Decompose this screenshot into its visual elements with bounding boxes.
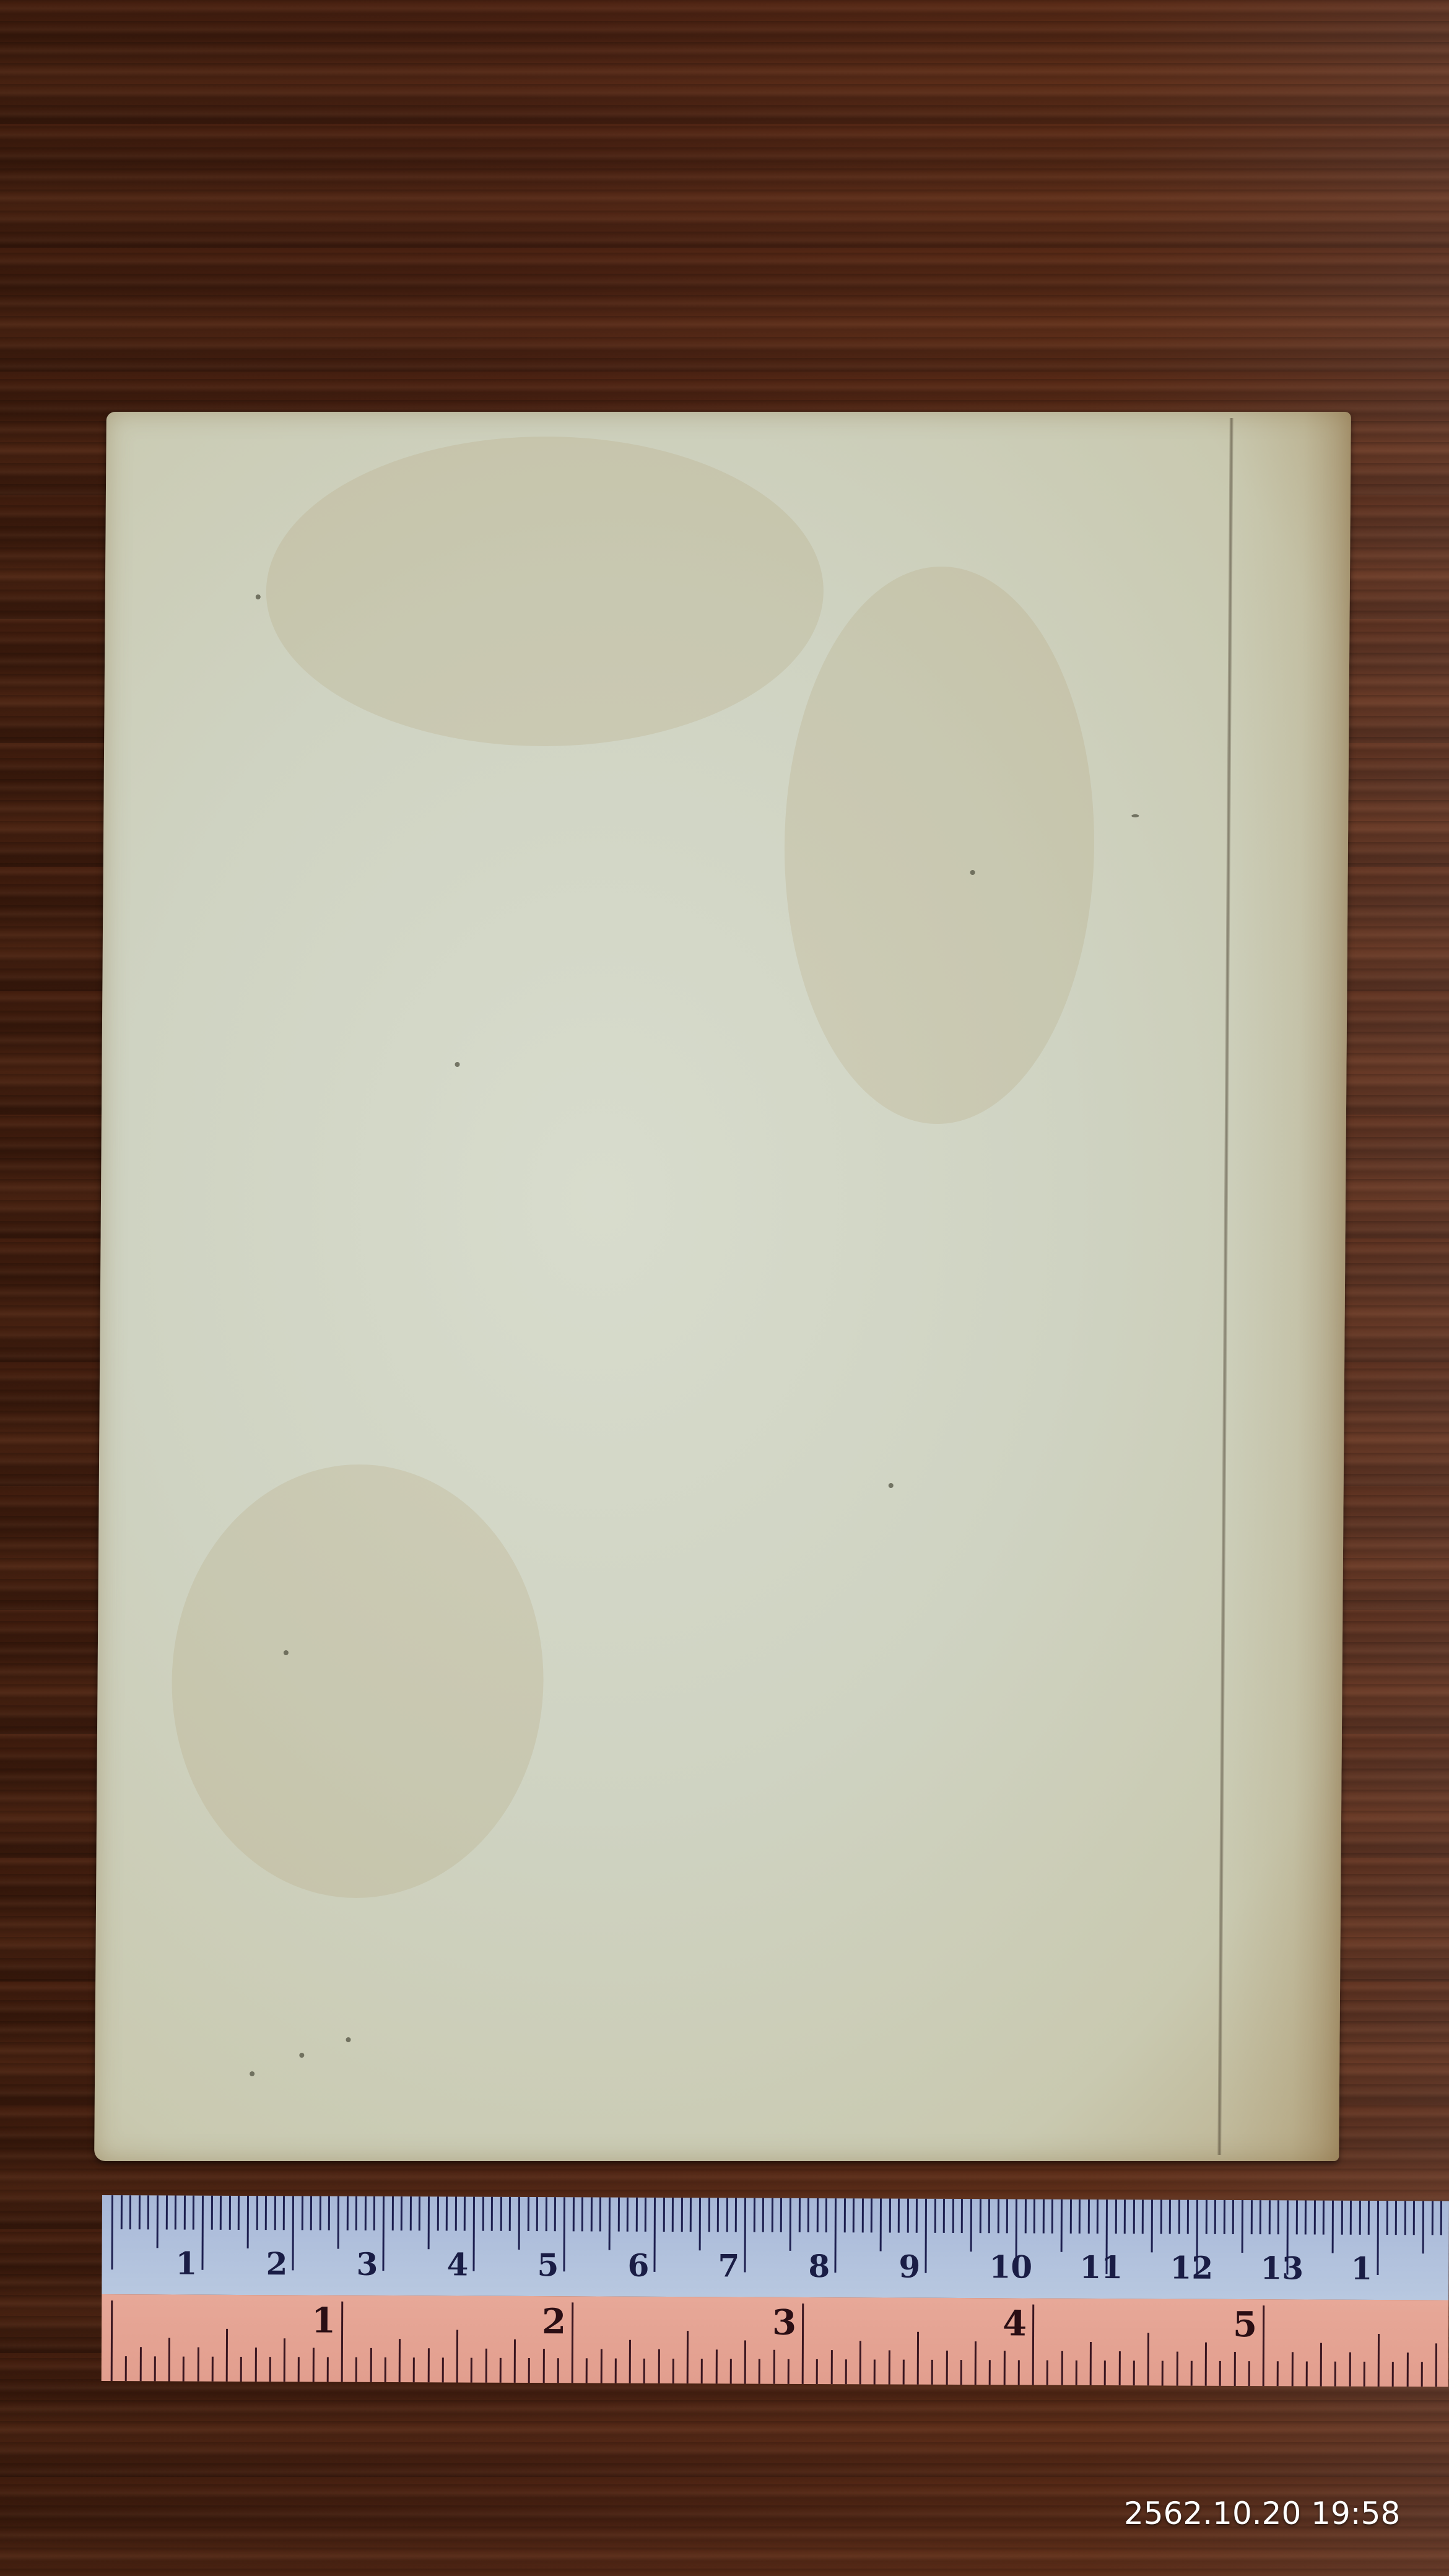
cm-tick (328, 2196, 330, 2230)
cm-tick (581, 2197, 583, 2231)
cm-tick (1377, 2201, 1379, 2275)
cm-tick (1160, 2200, 1162, 2234)
inch-tick (572, 2302, 574, 2383)
cm-tick (772, 2198, 773, 2232)
inch-tick (643, 2359, 645, 2383)
paper-speck (250, 2071, 255, 2076)
cm-tick (807, 2198, 809, 2232)
cm-tick (617, 2198, 619, 2232)
cm-tick (211, 2196, 212, 2230)
inch-tick (1234, 2352, 1235, 2386)
inch-tick (255, 2348, 256, 2382)
cm-tick (184, 2196, 186, 2230)
inch-tick (168, 2338, 170, 2381)
cm-tick (817, 2198, 819, 2232)
inch-tick (1147, 2333, 1149, 2385)
cm-tick (1124, 2200, 1126, 2234)
cm-tick (753, 2198, 755, 2232)
cm-tick (157, 2195, 159, 2248)
book-spine-edge (1221, 412, 1351, 2161)
inch-tick (816, 2359, 818, 2384)
inch-label: 3 (772, 2302, 796, 2343)
inch-tick (1017, 2360, 1019, 2385)
inch-tick (298, 2357, 300, 2382)
cm-tick (382, 2196, 385, 2271)
cm-tick (609, 2198, 611, 2250)
inch-tick (701, 2359, 703, 2383)
cm-tick (437, 2196, 438, 2230)
cm-label: 9 (899, 2248, 920, 2285)
cm-tick (1386, 2201, 1388, 2235)
cm-tick (672, 2198, 674, 2232)
inch-tick (284, 2338, 285, 2382)
cm-tick (1024, 2199, 1026, 2233)
cm-tick (627, 2198, 629, 2232)
inch-tick (240, 2357, 242, 2382)
inch-tick (902, 2360, 904, 2385)
inch-tick (1090, 2342, 1092, 2385)
inch-tick (413, 2357, 415, 2382)
inch-tick (370, 2348, 372, 2382)
cm-tick (120, 2195, 122, 2229)
inch-tick (614, 2359, 616, 2383)
cm-tick (410, 2196, 412, 2230)
inch-tick (1378, 2334, 1380, 2387)
cm-tick (1205, 2200, 1207, 2234)
inch-tick (989, 2360, 991, 2385)
cm-tick (1359, 2201, 1361, 2235)
cm-tick (843, 2198, 845, 2232)
inch-tick (1205, 2343, 1207, 2386)
inch-tick (1176, 2352, 1178, 2386)
cm-tick (1142, 2200, 1144, 2234)
cm-label: 2 (266, 2245, 287, 2282)
cm-tick (916, 2199, 918, 2233)
ruler-inch-scale: 12345 (102, 2294, 1449, 2387)
inch-tick (874, 2359, 876, 2384)
cm-tick (871, 2198, 872, 2232)
cm-tick (1350, 2201, 1352, 2235)
cm-tick (220, 2196, 222, 2230)
inch-tick (1046, 2361, 1048, 2385)
cm-tick (229, 2196, 231, 2230)
inch-tick (399, 2339, 401, 2382)
inch-tick (1263, 2305, 1265, 2386)
cm-tick (790, 2198, 791, 2251)
cm-tick (274, 2196, 276, 2230)
inch-tick (888, 2351, 890, 2385)
inch-tick (1421, 2362, 1422, 2387)
inch-label: 5 (1233, 2304, 1257, 2345)
inch-tick (326, 2357, 328, 2382)
inch-tick (341, 2302, 344, 2382)
cm-tick (1413, 2201, 1415, 2235)
inch-label: 2 (542, 2301, 566, 2342)
inch-tick (1032, 2305, 1035, 2385)
cm-tick (446, 2196, 448, 2230)
paper-speck (346, 2037, 350, 2042)
cm-label: 7 (718, 2247, 739, 2284)
paper-speck (256, 594, 261, 599)
cm-tick (1260, 2200, 1261, 2234)
cm-tick (653, 2198, 656, 2272)
cm-tick (1368, 2201, 1370, 2235)
inch-tick (528, 2358, 530, 2383)
cm-tick (708, 2198, 710, 2232)
ruler-cm-scale: 123456789101112131 (102, 2195, 1449, 2300)
cm-tick (1169, 2200, 1171, 2234)
inch-tick (917, 2332, 919, 2385)
cm-tick (355, 2196, 357, 2230)
cm-tick (1440, 2201, 1442, 2235)
cm-tick (988, 2199, 990, 2233)
inch-tick (125, 2356, 127, 2381)
cm-label: 1 (175, 2245, 197, 2282)
cm-tick (419, 2196, 420, 2230)
inch-tick (687, 2331, 689, 2383)
cm-tick (391, 2196, 393, 2230)
cm-tick (1033, 2200, 1035, 2234)
cm-tick (1214, 2200, 1216, 2234)
cm-tick (346, 2196, 348, 2230)
cm-tick (147, 2195, 149, 2229)
cm-tick (193, 2196, 194, 2230)
cm-tick (139, 2195, 141, 2229)
cm-tick (1051, 2200, 1053, 2234)
inch-tick (1162, 2361, 1164, 2385)
inch-tick (542, 2349, 544, 2383)
cm-tick (401, 2196, 402, 2230)
cm-tick (853, 2198, 855, 2232)
cm-tick (735, 2198, 737, 2232)
cm-tick (527, 2197, 529, 2231)
inch-tick (1363, 2362, 1365, 2387)
cm-tick (546, 2197, 547, 2231)
inch-tick (1248, 2361, 1250, 2386)
cm-tick (925, 2199, 927, 2273)
cm-tick (636, 2198, 638, 2232)
cm-tick (238, 2196, 240, 2230)
cm-tick (1395, 2201, 1397, 2235)
cm-tick (373, 2196, 375, 2230)
cm-tick (681, 2198, 683, 2232)
inch-tick (1075, 2361, 1077, 2385)
cm-tick (898, 2199, 900, 2233)
cm-tick (1079, 2200, 1081, 2234)
cm-tick (310, 2196, 312, 2230)
cm-tick (320, 2196, 321, 2230)
inch-tick (471, 2358, 472, 2383)
inch-tick (1118, 2351, 1120, 2385)
inch-tick (629, 2340, 631, 2383)
inch-label: 4 (1003, 2303, 1027, 2344)
cm-tick (834, 2198, 837, 2273)
cm-tick (952, 2199, 954, 2233)
inch-tick (715, 2349, 717, 2383)
cm-tick (1006, 2199, 1008, 2233)
cm-tick (1341, 2201, 1342, 2235)
cm-tick (961, 2199, 963, 2233)
inch-tick (658, 2349, 659, 2383)
cm-tick (1332, 2201, 1334, 2253)
inch-tick (1133, 2361, 1134, 2385)
cm-tick (491, 2197, 493, 2231)
cm-tick (563, 2197, 565, 2271)
cm-tick (1178, 2200, 1180, 2234)
cm-tick (1422, 2201, 1424, 2253)
inch-tick (845, 2359, 846, 2384)
inch-tick (1219, 2361, 1221, 2386)
cm-label: 1 (1351, 2250, 1372, 2287)
cm-tick (129, 2195, 131, 2229)
cm-tick (1115, 2200, 1116, 2234)
inch-tick (111, 2300, 113, 2381)
cm-label: 4 (446, 2246, 468, 2282)
inch-tick (557, 2358, 559, 2383)
inch-tick (830, 2350, 832, 2384)
inch-label: 1 (311, 2300, 336, 2341)
paper-stain (170, 1464, 545, 1898)
inch-tick (312, 2348, 314, 2382)
inch-tick (960, 2360, 962, 2385)
inch-tick (787, 2359, 789, 2384)
inch-tick (931, 2360, 933, 2385)
paper-stain (783, 567, 1096, 1124)
inch-tick (1349, 2352, 1351, 2387)
cm-tick (1250, 2200, 1252, 2234)
cm-tick (256, 2196, 258, 2230)
cm-tick (1088, 2200, 1090, 2234)
cm-tick (247, 2196, 249, 2248)
date-time-stamp: 2562.10.20 19:58 (1124, 2495, 1400, 2531)
cm-tick (1277, 2200, 1279, 2234)
measuring-ruler: 123456789101112131 12345 (102, 2195, 1449, 2387)
inch-tick (672, 2359, 674, 2383)
cm-tick (690, 2198, 692, 2232)
cm-tick (1242, 2200, 1243, 2253)
cm-tick (979, 2199, 981, 2233)
cm-tick (825, 2198, 827, 2232)
inch-tick (1104, 2361, 1106, 2385)
inch-tick (226, 2329, 228, 2382)
inch-tick (586, 2358, 588, 2383)
cm-tick (1043, 2200, 1045, 2234)
inch-tick (1277, 2361, 1279, 2386)
inch-tick (1435, 2343, 1437, 2387)
inch-tick (600, 2349, 602, 2383)
cm-tick (572, 2197, 574, 2231)
cm-tick (265, 2196, 267, 2230)
inch-tick (427, 2348, 429, 2382)
cm-tick (428, 2196, 430, 2249)
cm-tick (165, 2195, 167, 2229)
cm-label: 12 (1170, 2250, 1213, 2286)
inch-tick (139, 2347, 141, 2381)
inch-tick (802, 2304, 804, 2384)
inch-tick (946, 2351, 947, 2385)
paper-speck (284, 1650, 289, 1655)
cm-tick (645, 2198, 646, 2232)
cm-tick (744, 2198, 746, 2273)
cm-tick (943, 2199, 945, 2233)
inch-tick (269, 2357, 271, 2382)
inch-tick (1320, 2343, 1322, 2387)
cm-tick (1305, 2200, 1307, 2234)
cm-tick (699, 2198, 701, 2250)
inch-tick (485, 2349, 487, 2383)
inch-tick (1003, 2351, 1005, 2385)
book-back-cover (94, 412, 1351, 2161)
cm-tick (998, 2199, 999, 2233)
cm-tick (880, 2198, 882, 2251)
inch-tick (355, 2357, 357, 2382)
cm-tick (455, 2196, 457, 2230)
cm-tick (554, 2197, 556, 2231)
inch-tick (183, 2357, 185, 2382)
cm-tick (337, 2196, 339, 2249)
paper-speck (299, 2053, 304, 2058)
cm-label: 8 (808, 2248, 830, 2284)
cm-tick (862, 2198, 864, 2232)
inch-tick (154, 2356, 155, 2381)
inch-tick (975, 2341, 977, 2385)
cm-tick (464, 2197, 466, 2231)
cm-tick (1431, 2201, 1433, 2235)
cm-tick (1269, 2200, 1271, 2234)
cm-tick (663, 2198, 664, 2232)
inch-tick (759, 2359, 760, 2384)
paper-speck (455, 1062, 459, 1067)
cm-label: 10 (989, 2248, 1032, 2285)
cm-tick (500, 2197, 502, 2231)
cm-tick (283, 2196, 285, 2230)
cm-tick (536, 2197, 538, 2231)
cm-tick (1224, 2200, 1225, 2234)
cm-label: 6 (627, 2247, 649, 2284)
inch-tick (744, 2341, 746, 2384)
inch-tick (1406, 2352, 1408, 2387)
cm-label: 11 (1079, 2249, 1123, 2286)
cm-tick (970, 2199, 972, 2252)
inch-tick (499, 2358, 501, 2383)
cm-tick (717, 2198, 719, 2232)
cm-tick (1295, 2200, 1297, 2234)
cm-tick (482, 2197, 484, 2231)
cm-tick (1187, 2200, 1189, 2234)
cm-tick (780, 2198, 782, 2232)
inch-tick (1061, 2351, 1063, 2385)
cm-tick (1061, 2200, 1063, 2252)
cm-tick (175, 2196, 176, 2230)
cm-tick (907, 2199, 909, 2233)
inch-tick (1190, 2361, 1192, 2386)
inch-tick (773, 2350, 775, 2384)
inch-tick (1305, 2361, 1307, 2386)
cm-tick (292, 2196, 294, 2270)
paper-speck (970, 870, 975, 875)
cm-tick (599, 2198, 601, 2232)
cm-tick (1097, 2200, 1099, 2234)
cm-tick (1151, 2200, 1153, 2252)
cm-tick (934, 2199, 936, 2233)
cm-label: 5 (537, 2247, 559, 2283)
cm-label: 13 (1260, 2250, 1303, 2286)
inch-tick (1392, 2362, 1394, 2387)
inch-tick (456, 2330, 458, 2382)
cm-tick (301, 2196, 303, 2230)
cm-tick (1133, 2200, 1135, 2234)
cm-tick (1232, 2200, 1234, 2234)
inch-tick (514, 2339, 516, 2383)
paper-speck (1131, 814, 1139, 817)
inch-tick (197, 2348, 199, 2382)
cm-tick (591, 2197, 593, 2231)
inch-tick (384, 2357, 386, 2382)
cm-tick (798, 2198, 800, 2232)
inch-tick (442, 2357, 443, 2382)
cm-tick (1323, 2201, 1325, 2235)
cm-tick (201, 2196, 204, 2270)
cm-tick (762, 2198, 764, 2232)
cm-tick (1404, 2201, 1406, 2235)
inch-tick (1334, 2362, 1336, 2387)
inch-tick (211, 2357, 213, 2382)
cm-tick (1069, 2200, 1071, 2234)
paper-speck (889, 1483, 894, 1488)
inch-tick (859, 2341, 861, 2384)
inch-tick (1291, 2352, 1293, 2386)
cm-tick (509, 2197, 511, 2231)
cm-tick (518, 2197, 520, 2250)
paper-stain (265, 437, 824, 746)
cm-tick (1314, 2201, 1316, 2235)
cm-tick (889, 2199, 890, 2233)
cm-tick (726, 2198, 728, 2232)
cm-tick (472, 2197, 475, 2271)
cm-tick (111, 2195, 113, 2269)
cm-tick (365, 2196, 367, 2230)
inch-tick (729, 2359, 731, 2383)
cm-label: 3 (356, 2246, 378, 2282)
